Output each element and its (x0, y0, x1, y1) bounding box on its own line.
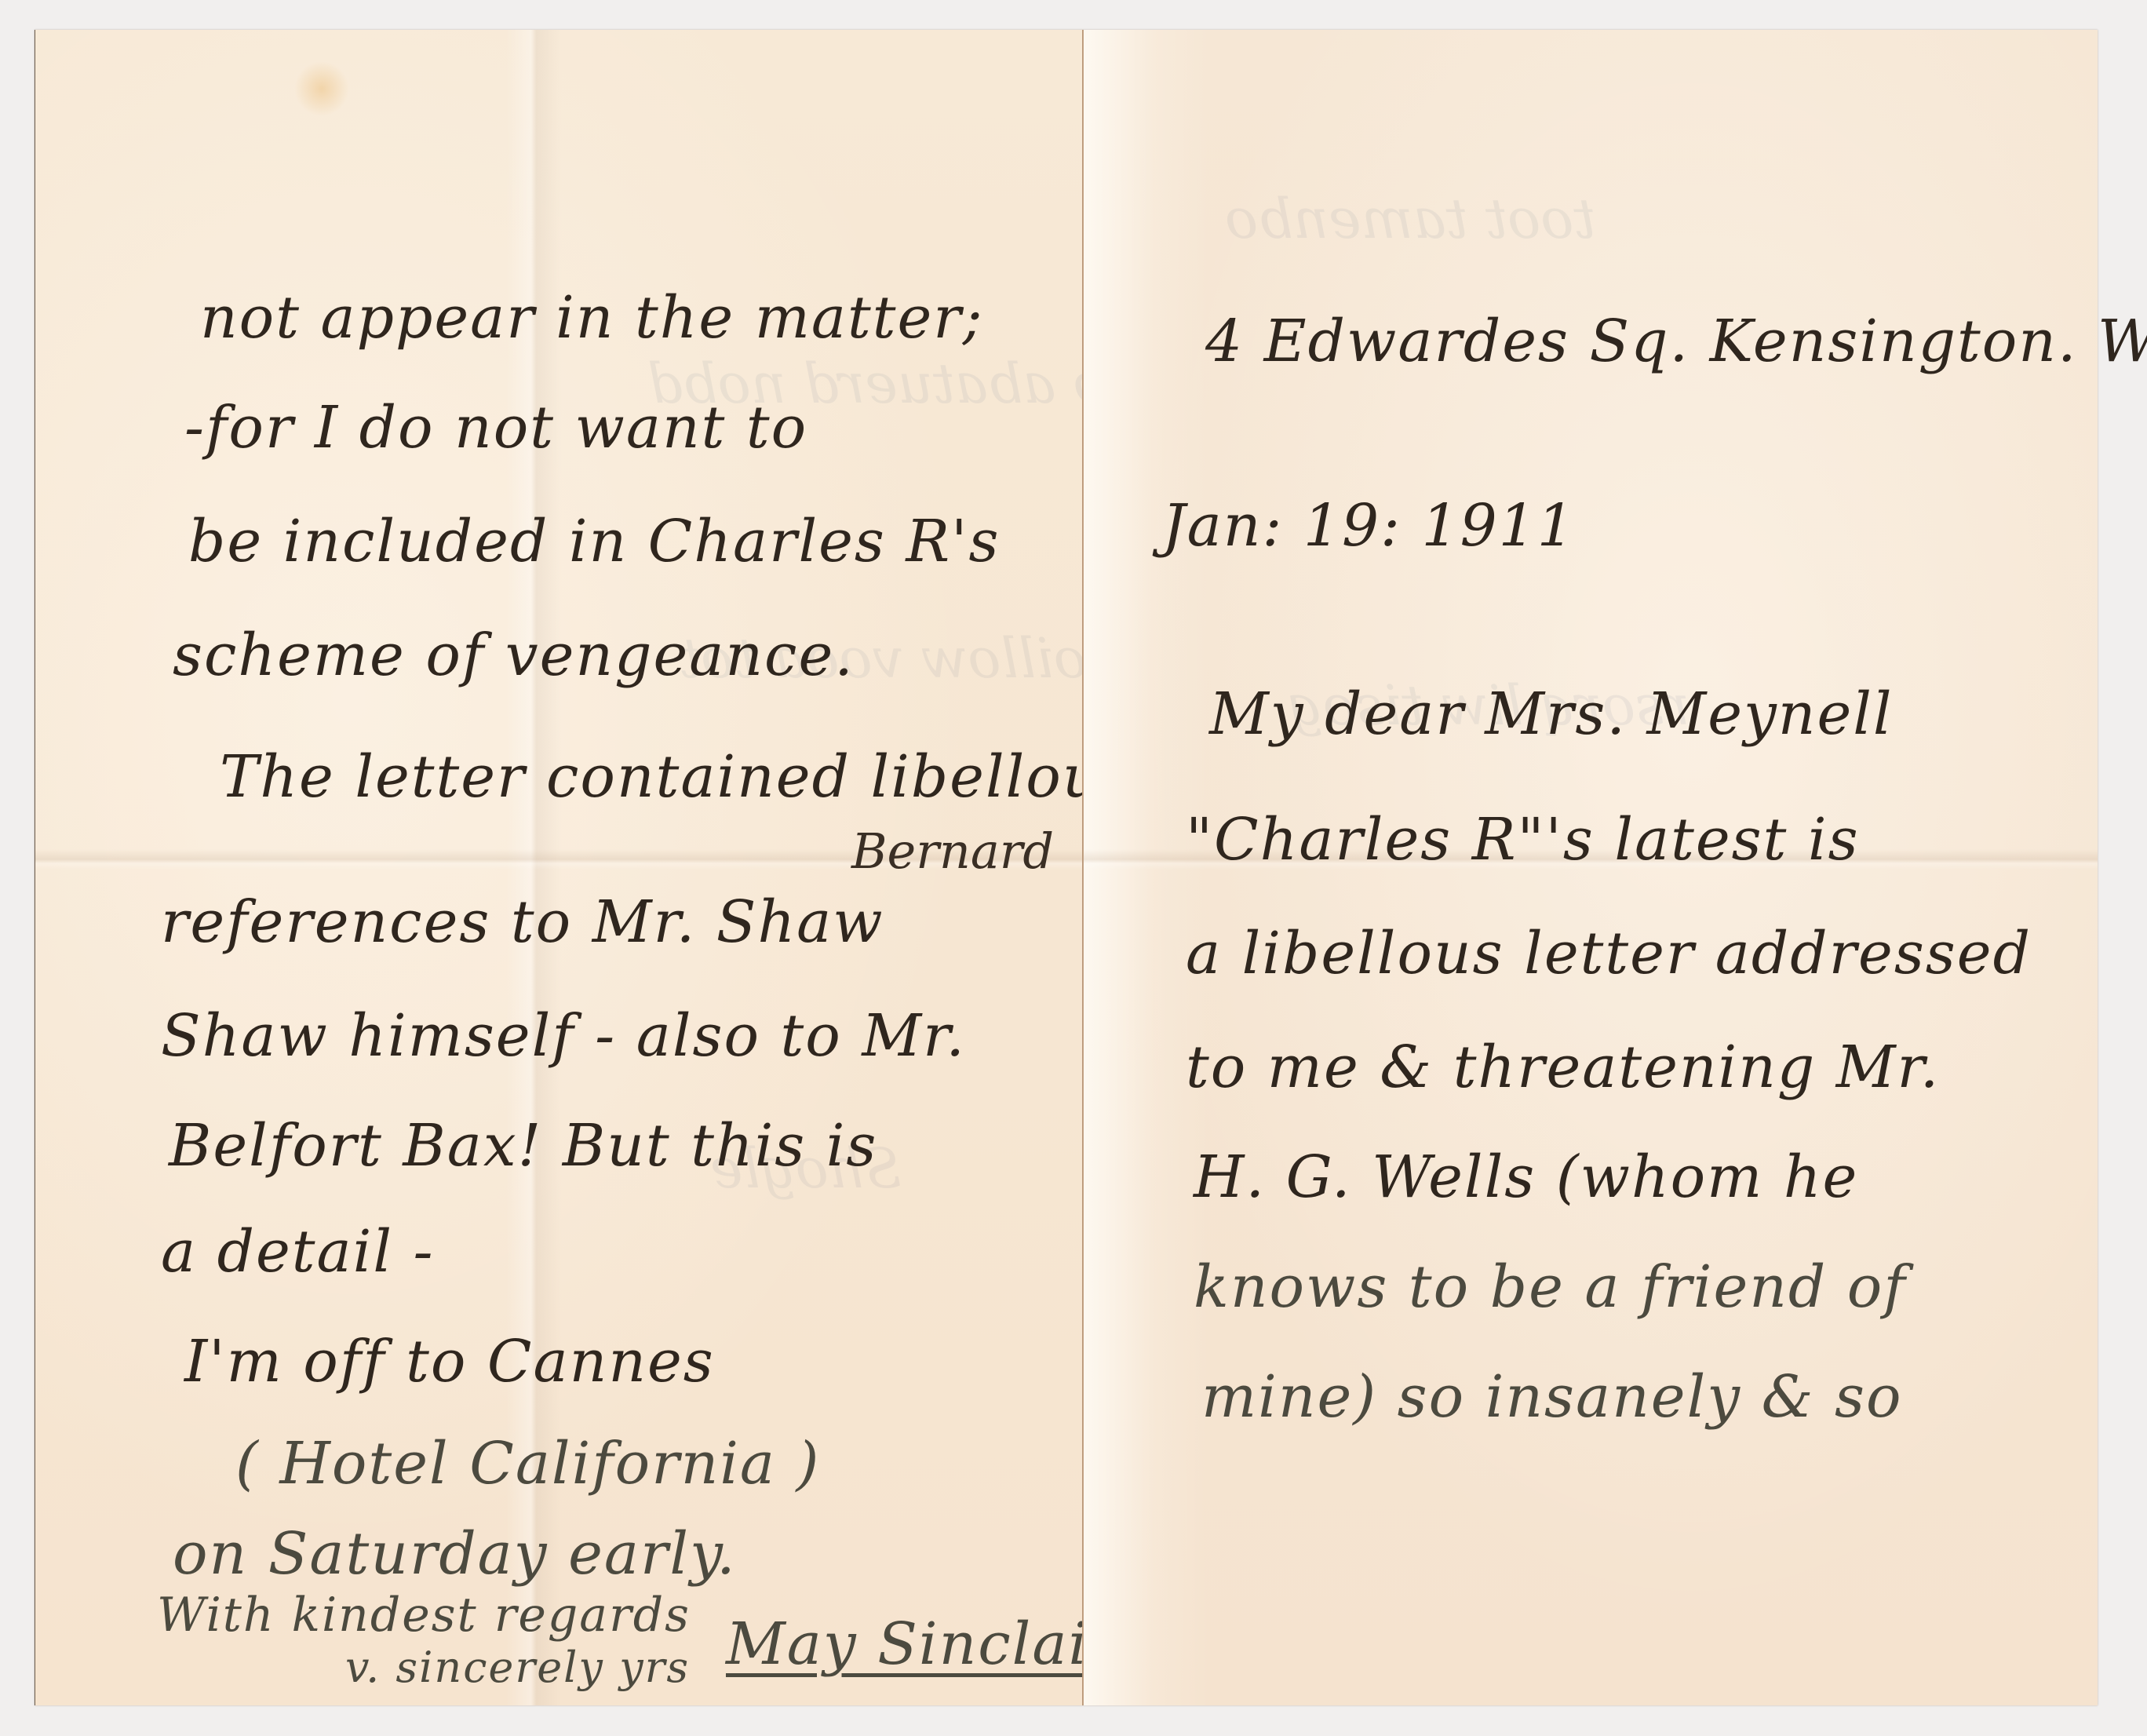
letter-line: references to Mr. Shaw (161, 893, 884, 951)
letter-sheet: eopo abatuerd nobd smoillow vooa tot Sho… (35, 30, 2098, 1705)
letter-line: I'm off to Cannes (184, 1333, 715, 1391)
letter-line: to me & threatening Mr. (1186, 1038, 1940, 1096)
letter-date: Jan: 19: 1911 (1162, 497, 1576, 555)
letter-line: be included in Charles R's (188, 512, 1000, 571)
paper-stain (294, 61, 349, 116)
letter-line: "Charles R"'s latest is (1186, 811, 1860, 869)
left-page: eopo abatuerd nobd smoillow vooa tot Sho… (35, 30, 1084, 1705)
right-page: toot tamenbo rsorq liw tisog 4 Edwardes … (1084, 30, 2098, 1705)
letter-line: on Saturday early. (173, 1525, 737, 1583)
letter-line: ( Hotel California ) (235, 1435, 820, 1493)
closing-line: With kindest regards (157, 1592, 691, 1639)
letter-line: The letter contained libellous (220, 748, 1133, 806)
letter-line: -for I do not want to (184, 399, 807, 457)
letter-line: scheme of vengeance. (173, 626, 855, 684)
letter-line: mine) so insanely & so (1201, 1368, 1903, 1426)
letter-line: not appear in the matter; (200, 289, 984, 347)
letter-line: a detail - (161, 1223, 435, 1281)
letter-line: Shaw himself - also to Mr. (161, 1007, 966, 1065)
signature: May Sinclair (726, 1615, 1118, 1673)
letter-line: H. G. Wells (whom he (1194, 1148, 1858, 1206)
letter-line: a libellous letter addressed (1186, 925, 2032, 983)
salutation: My dear Mrs. Meynell (1209, 685, 1894, 743)
letter-line: knows to be a friend of (1194, 1258, 1907, 1316)
insertion-text: Bernard (851, 822, 1054, 880)
letter-line: Belfort Bax! But this is (169, 1117, 877, 1175)
closing-line: v. sincerely yrs (345, 1647, 690, 1689)
letter-address: 4 Edwardes Sq. Kensington. W (1205, 312, 2147, 370)
